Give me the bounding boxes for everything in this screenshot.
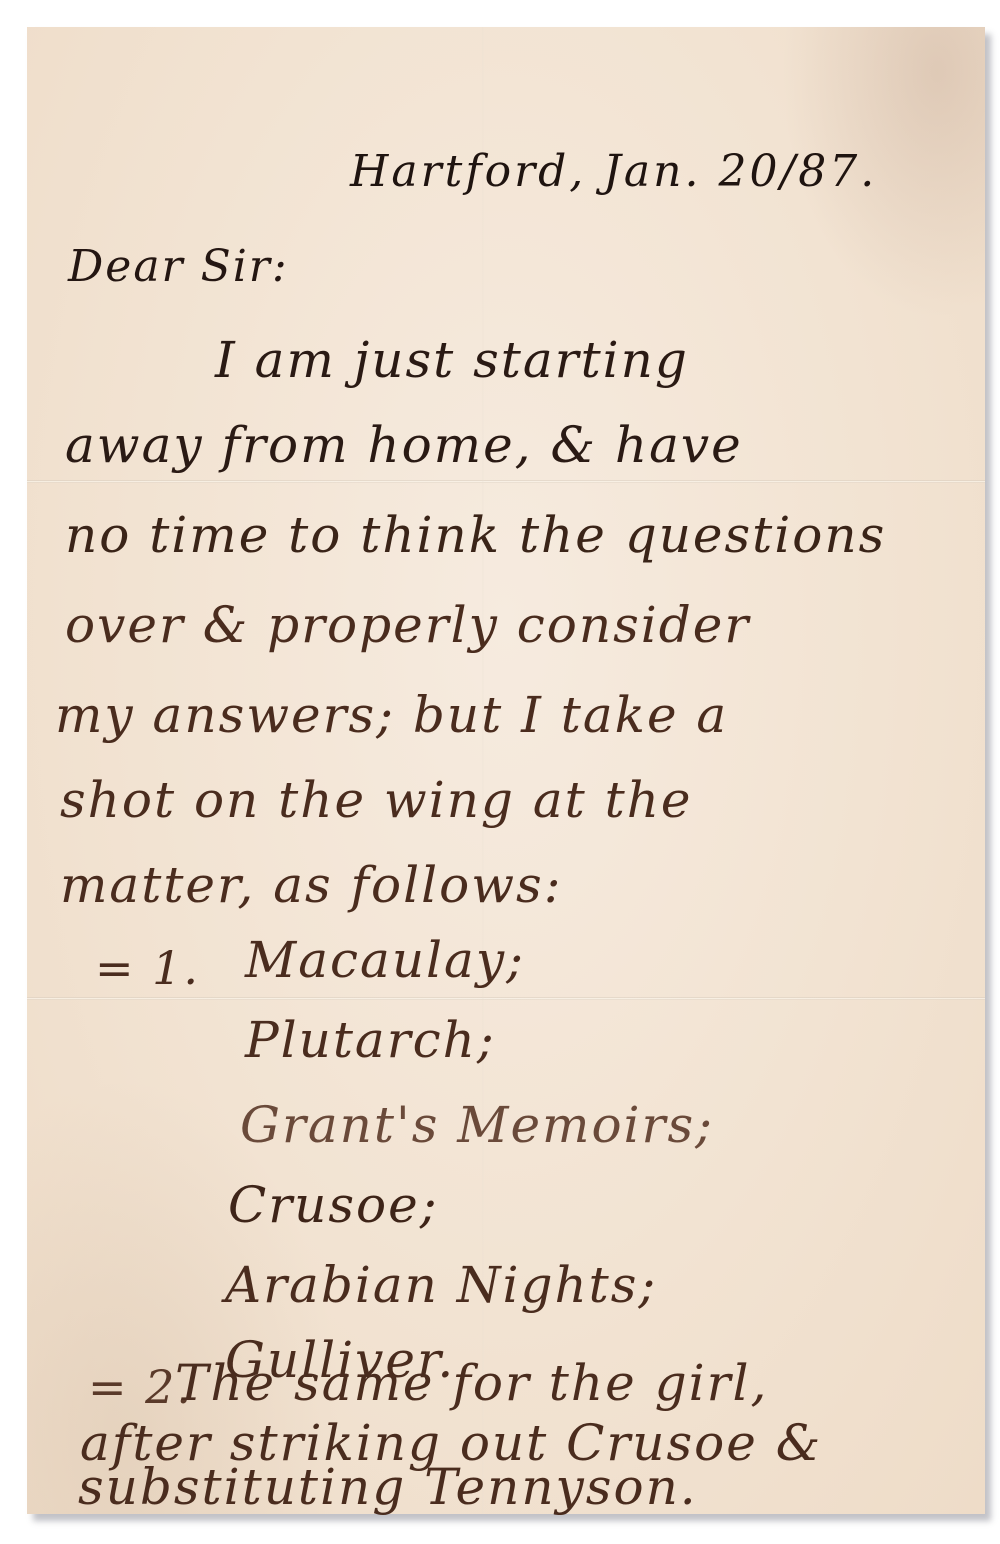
list-item: Plutarch;: [245, 1015, 496, 1065]
body-line-7: matter, as follows:: [60, 860, 563, 910]
body-line-2: away from home, & have: [65, 420, 743, 470]
paragraph-two-line-1: The same for the girl,: [175, 1358, 768, 1408]
body-line-1: I am just starting: [215, 335, 689, 385]
letter-dateline: Hartford, Jan. 20/87.: [350, 150, 877, 194]
body-line-5: my answers; but I take a: [55, 690, 728, 740]
fold-crease-lower: [27, 997, 985, 1000]
paragraph-two-line-3: substituting Tennyson.: [78, 1462, 698, 1512]
body-line-3: no time to think the questions: [65, 510, 886, 560]
body-line-4: over & properly consider: [65, 600, 750, 650]
list-item: Grant's Memoirs;: [240, 1100, 714, 1150]
body-line-6: shot on the wing at the: [60, 775, 693, 825]
list-item: Macaulay;: [245, 935, 525, 985]
list-item: Arabian Nights;: [225, 1260, 657, 1310]
list-one-marker: = 1.: [95, 945, 200, 991]
letter-salutation: Dear Sir:: [68, 245, 289, 289]
list-item: Crusoe;: [228, 1180, 439, 1230]
fold-crease-upper: [27, 480, 985, 483]
